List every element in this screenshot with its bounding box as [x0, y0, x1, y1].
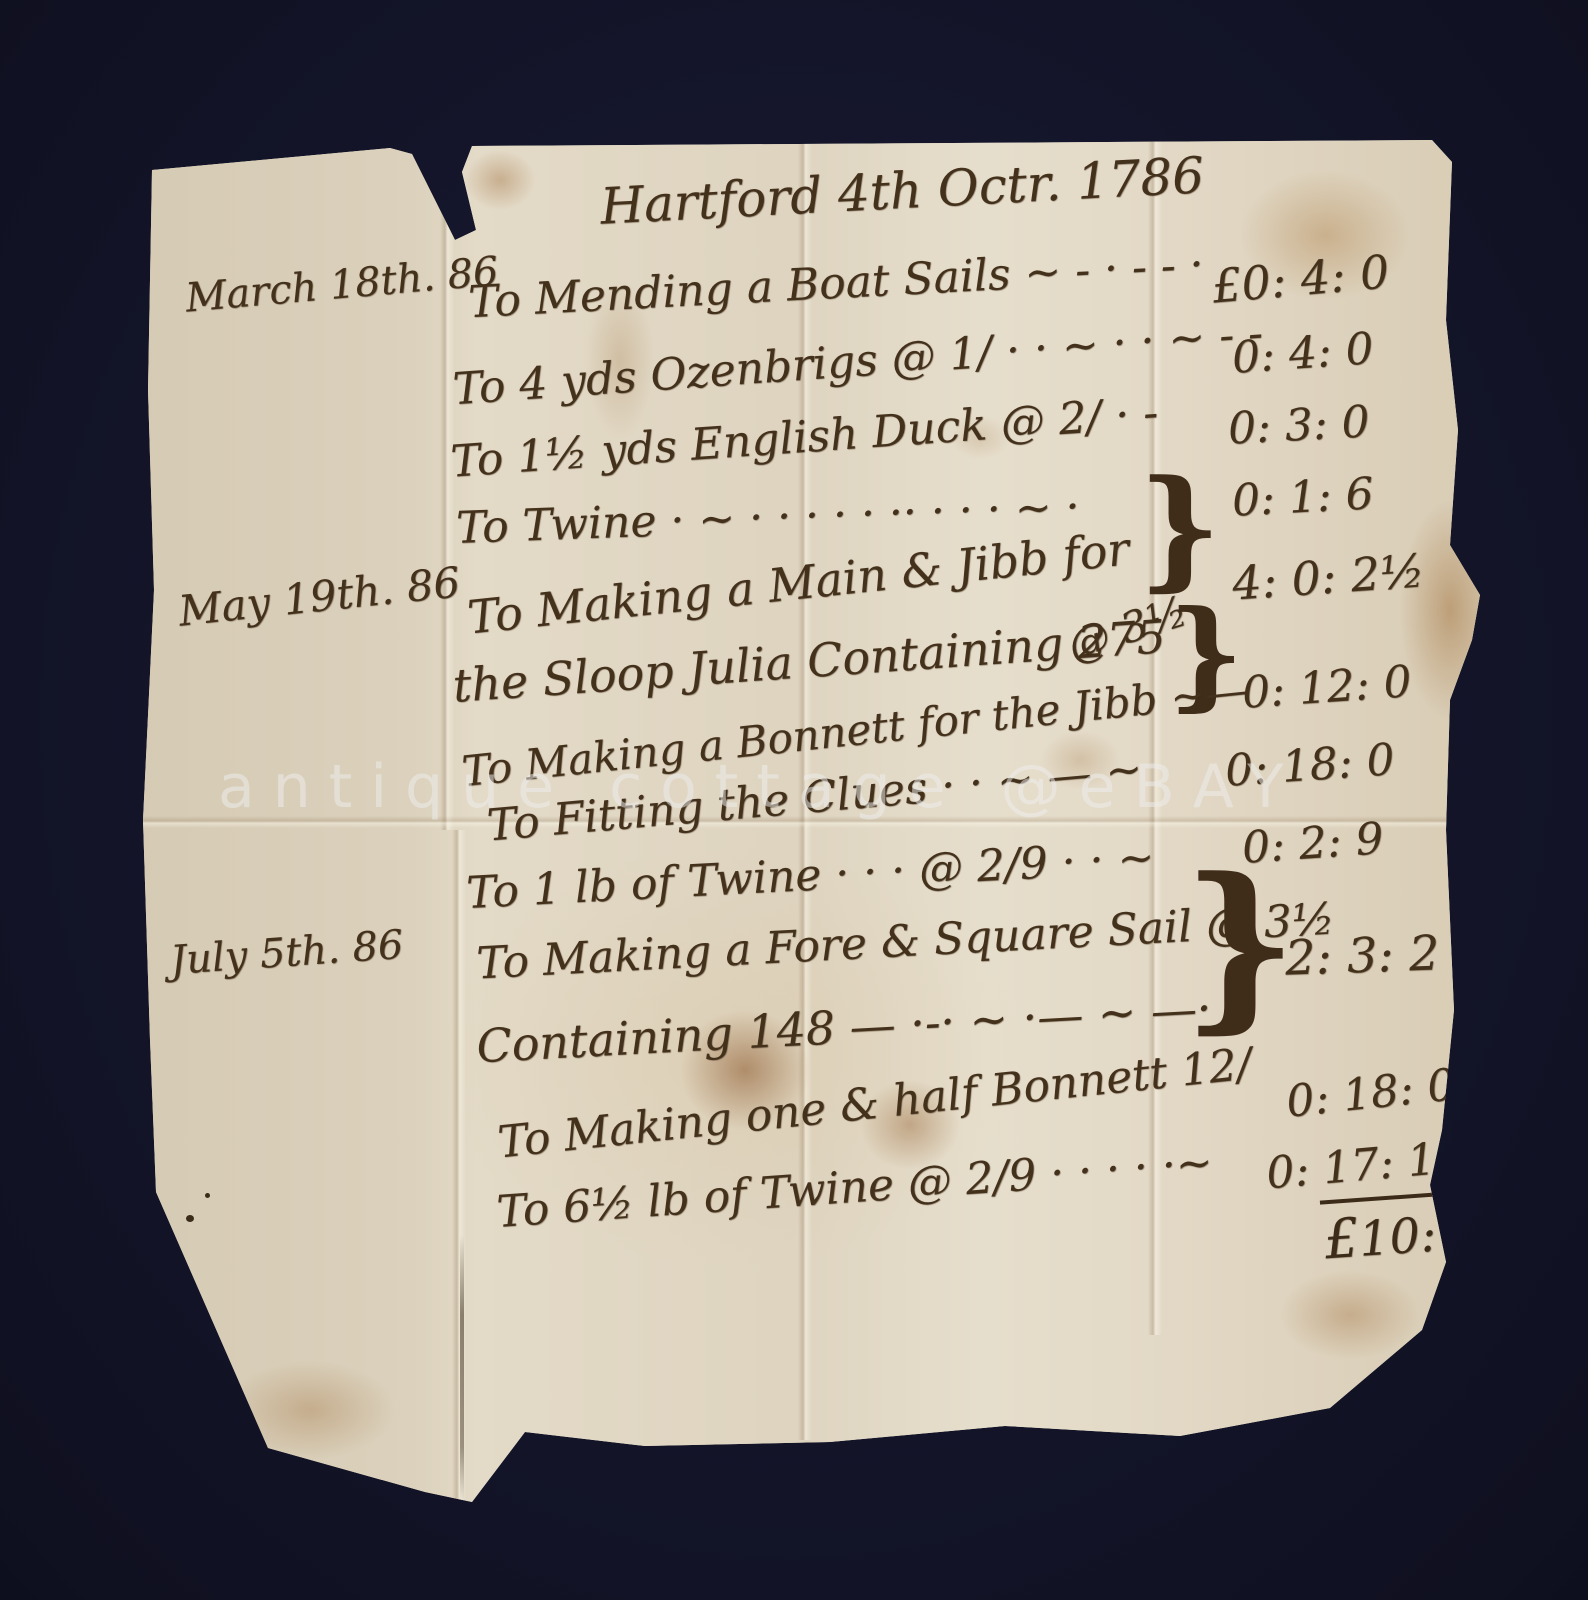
entry-date: July 5th. 86 [169, 922, 405, 984]
entry-amount: 0: 4: 0 [1230, 323, 1375, 384]
ink-dot [205, 1193, 210, 1198]
stain [1280, 1270, 1420, 1360]
stain [1400, 500, 1500, 720]
total-value: 10: 4: 6 [1357, 1199, 1545, 1268]
entry-amount: 0: 12: 0 [1240, 656, 1413, 719]
ink-dot [178, 1266, 184, 1272]
entry-amount: 0: 1: 6 [1231, 468, 1375, 526]
entry-amount: 4: 0: 2½ [1230, 543, 1426, 610]
entry-amount: £0: 4: 0 [1210, 244, 1391, 313]
entry-amount: 2: 3: 2 [1284, 925, 1440, 986]
entry-date: May 19th. 86 [176, 557, 462, 635]
document-title: Hartford 4th Octr. 1786 [599, 146, 1206, 236]
entry-amount: 0: 3: 0 [1227, 396, 1371, 454]
currency-sign: £ [1322, 1206, 1361, 1271]
photo-of-document: Hartford 4th Octr. 1786 March 18th. 86 T… [0, 0, 1588, 1600]
entry-amount: 0: 17: 10½ [1264, 1128, 1508, 1200]
entry-amount: 0: 18: 0 [1284, 1059, 1458, 1127]
ink-dot [186, 1215, 194, 1222]
curly-brace: } [1138, 468, 1222, 588]
total-amount: £10: 4: 6 [1320, 1184, 1568, 1272]
ink-dot [432, 146, 439, 153]
paper-crack [460, 1235, 464, 1500]
entry-description: To Mending a Boat Sails ~ - · - - · [467, 239, 1205, 328]
stain [465, 150, 535, 210]
stain [225, 1360, 395, 1460]
watermark-text: antique cottage @eBAY [218, 752, 1302, 822]
